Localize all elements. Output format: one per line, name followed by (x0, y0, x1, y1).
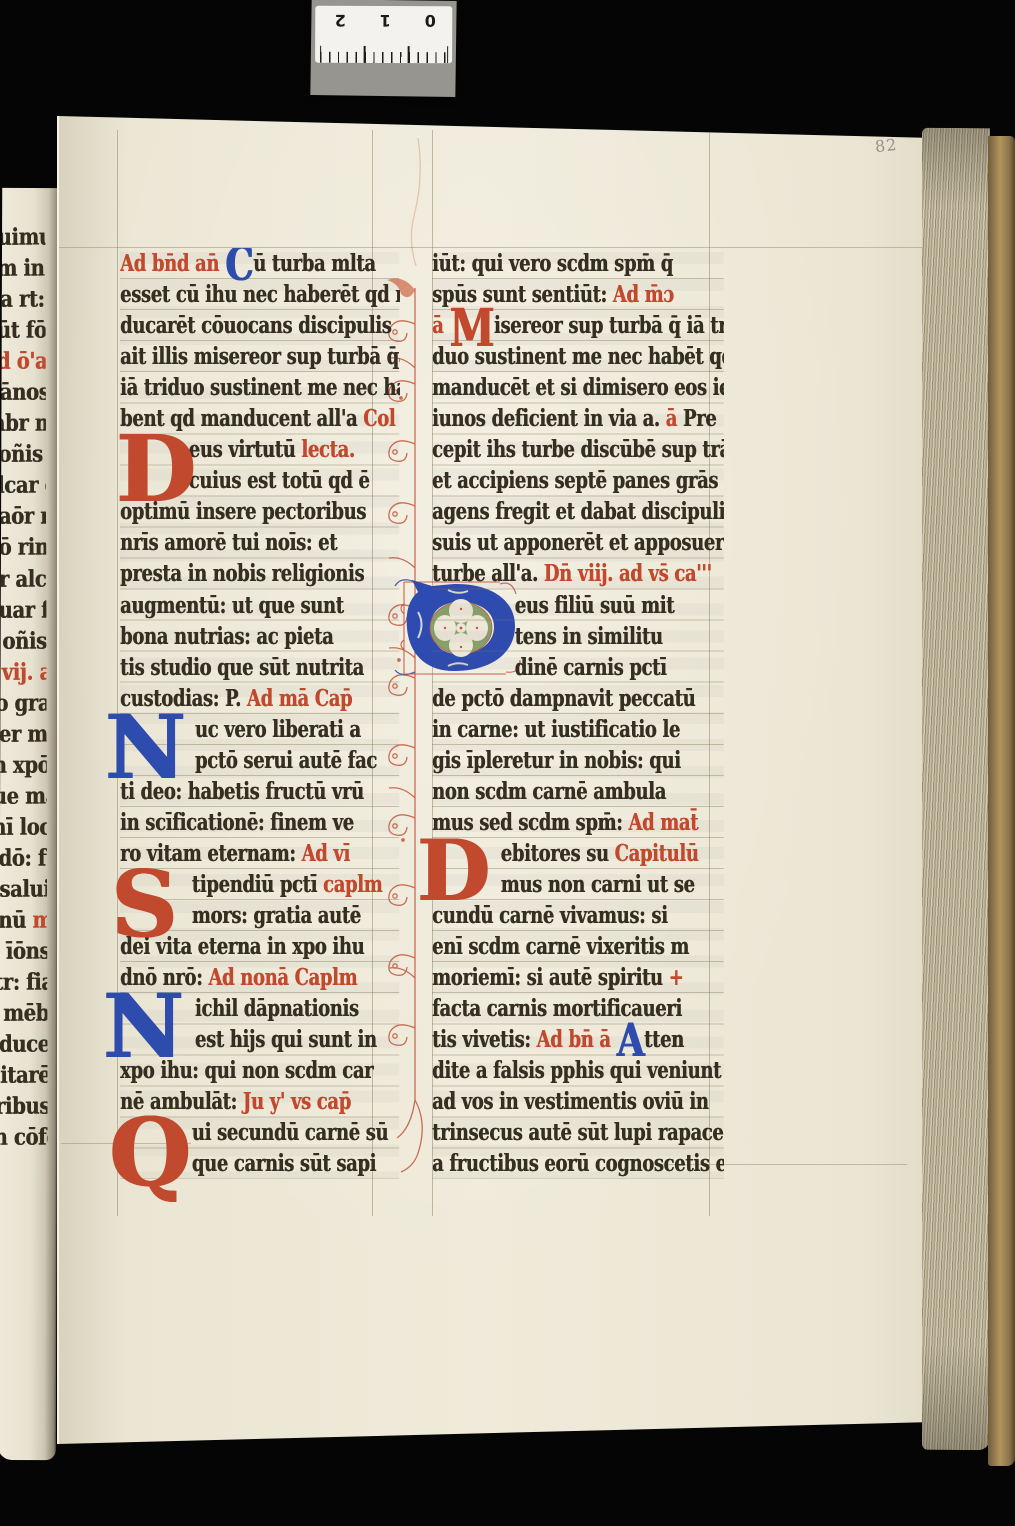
text-line: gis īpleretur in nobis: qui (432, 745, 724, 776)
text-line: ait illis misereor sup turbā q̄a (120, 341, 400, 372)
book-cover-edge (988, 136, 1015, 1466)
text-line: iā triduo sustinent me nec ha (120, 372, 400, 403)
rubric-text: Col (363, 405, 395, 432)
body-text: cepit ihs turbe discūbē sup trā (432, 436, 724, 463)
body-text: augmentū: ut que sunt (120, 592, 344, 619)
text-line: ita rt: p̄ p (0, 284, 46, 315)
text-line: p īōns (0, 936, 47, 967)
rubric-text: ā (666, 405, 683, 432)
scale-card: 2 1 0 (310, 0, 456, 97)
body-text: moriemī: si autē spiritu (432, 964, 669, 991)
text-line: eus filiū suū mit (432, 590, 724, 621)
body-text: p īōns (0, 938, 47, 965)
text-line: et accipiens septē panes grās (432, 465, 724, 496)
text-line: facta carnis mortificaueri (432, 993, 724, 1024)
rubric-text: Ad mat̄ (628, 809, 698, 836)
rubric-text: Ad m̄ɔ (613, 281, 674, 308)
text-line: am in mī (0, 253, 45, 284)
body-text: s mēbra p̄ (0, 1000, 47, 1027)
drop-cap-initial: D (417, 832, 490, 911)
rubric-text: Ad bn̄d an̄ (120, 250, 225, 277)
folio-number: 82 (874, 135, 898, 156)
text-line: moriemī: si autē spiritu + (432, 962, 724, 993)
body-text: agens fregit et dabat discipulis (432, 498, 724, 525)
body-text: esset cū ihu nec haberēt qd mā (120, 281, 400, 308)
rubric-text: Dn̄ viij. ad vs̄ ca''' (544, 560, 712, 587)
body-text: cuius est totū qd ē (189, 467, 370, 494)
body-text: uc vero liberati a (195, 716, 361, 743)
text-line: in xpō ihu: (0, 749, 47, 780)
body-text: am in mī (0, 254, 45, 281)
text-line: i oñis nū (0, 439, 46, 470)
manuscript-photo: 2 1 0 q̄uimur aam in mīita rt: p̄ paūt f… (0, 0, 1015, 1526)
body-text: in carne: ut iustificatio le (432, 716, 680, 743)
drop-cap-initial: Q (109, 1109, 191, 1197)
rubric-text: Capitulū (615, 840, 699, 867)
text-line: nrīs amorē tui noīs: et (120, 527, 400, 558)
rubric-text: ā (432, 312, 449, 339)
ruler-number: 1 (378, 11, 392, 30)
text-line: mī loco: p̄ (0, 811, 47, 842)
body-text: est hijs qui sunt in (195, 1026, 377, 1053)
body-text: ducarēt cōuocans discipulis (120, 312, 391, 339)
body-text: gis īpleretur in nobis: qui (432, 747, 681, 774)
ruler: 2 1 0 (315, 6, 452, 63)
text-line: tens in similitu (432, 621, 724, 652)
drop-cap-initial: S (111, 861, 177, 947)
previous-page-text-fragments: q̄uimur aam in mīita rt: p̄ paūt fōe nad… (0, 222, 48, 1154)
text-line: turbe all'a. Dn̄ viij. ad vs̄ ca''' (432, 558, 724, 589)
text-line: in cōfēom (0, 1122, 48, 1153)
body-text: ro gratias q (0, 689, 47, 717)
text-line: esset cū ihu nec haberēt qd mā (120, 279, 400, 310)
body-text: iunos deficient in via a. (432, 405, 666, 432)
text-line: ad vos in vestimentis oviū in (432, 1086, 724, 1117)
rubric-text: Ad mā Cap̄ (247, 685, 352, 712)
body-text: mus non carni ut se (501, 871, 695, 898)
body-text: q̄uimur a (0, 223, 45, 250)
text-line: s mēbra p̄ (0, 998, 47, 1029)
text-line: augmentū: ut que sunt (120, 590, 400, 621)
drop-cap-initial: N (105, 706, 185, 789)
text-line: aūt fōe n (0, 315, 46, 346)
text-line: de pctō dampnavit peccatū (432, 683, 724, 714)
column-right-lines: iūt: qui vero scdm spm̄ q̄spūs sunt sent… (432, 248, 724, 1179)
body-text: nrīs amorē tui noīs: et (120, 529, 337, 556)
body-text: a fructibus eorū cognoscetis eos (432, 1150, 724, 1177)
text-line: ad ō'a E (0, 346, 46, 377)
text-line: presta in nobis religionis (120, 558, 400, 589)
rubric-text: r vij. ad vs̄ (0, 658, 46, 686)
body-text: ftr: fiar cū (0, 968, 47, 996)
body-text: i oñis nū (0, 441, 46, 468)
body-text: odō: fūcns (0, 844, 47, 872)
text-line: ro gratias q (0, 687, 47, 718)
body-text: in scīficationē: finem ve (120, 809, 354, 836)
body-text: mors: gratia autē (192, 902, 361, 929)
body-text: ī ō ringu d (0, 534, 46, 562)
text-line: duo sustinent me nec habēt qd (432, 341, 724, 372)
body-text: ūaōr nus i (0, 503, 46, 531)
text-line: uitarē: īa ō (0, 1060, 47, 1091)
text-line: alcar ō m̄ (0, 470, 46, 501)
body-text: eus filiū suū mit (515, 592, 674, 619)
text-line: ī ō ringu d (0, 532, 46, 563)
text-line: ducarēt cōuocans discipulis (120, 310, 400, 341)
body-text: t ānos nō (0, 379, 46, 406)
body-text: tis studio que sūt nutrita (120, 654, 364, 681)
text-line: trinsecus autē sūt lupi rapaces (432, 1117, 724, 1148)
text-line: in scīficationē: finem ve (120, 807, 400, 838)
rubric-text: Ad vī (302, 840, 350, 867)
body-text: dinē carnis pctī (515, 654, 667, 681)
text-line: i salui hūr M (0, 874, 47, 905)
body-text: i salui hūr (0, 875, 47, 903)
body-text: ui secundū carnē sū (192, 1119, 388, 1146)
drop-cap-initial: N (103, 985, 183, 1068)
text-line: ā Misereor sup turbā q̄ iā tri (432, 310, 724, 341)
body-text: ūr alcar ō (0, 565, 46, 592)
body-text: ad vos in vestimentis oviū in (432, 1088, 708, 1115)
body-text: ebitores su (501, 840, 615, 867)
body-text: et accipiens septē panes grās (432, 467, 718, 494)
body-text: ōduce ō uū (0, 1030, 47, 1058)
text-line: cepit ihs turbe discūbē sup trā (432, 434, 724, 465)
column-right: iūt: qui vero scdm spm̄ q̄spūs sunt sent… (432, 248, 724, 1188)
body-text: dite a falsis pphis qui veniunt (432, 1057, 721, 1084)
text-line: bona nutrias: ac pieta (120, 621, 400, 652)
drop-cap-initial: D (116, 426, 196, 512)
body-text: suis ut apponerēt et apposuerūt (432, 529, 724, 556)
body-text: tis vivetis: (432, 1026, 537, 1053)
body-text: mbr msēr (0, 410, 46, 437)
body-text: que carnis sūt sapi (192, 1150, 376, 1177)
body-text: mī loco: p̄ (0, 813, 47, 840)
text-line: enī scdm carnē vixeritis m (432, 931, 724, 962)
manuscript-page: 82 (57, 108, 933, 1444)
text-line: manducēt et si dimisero eos ie (432, 372, 724, 403)
body-text: facta carnis mortificaueri (432, 995, 682, 1022)
text-line: q̄uimur a (0, 222, 45, 253)
body-text: s oñis mī (0, 627, 46, 654)
body-text: duar fram (0, 596, 46, 624)
rubric-text: mō' cā (32, 906, 47, 933)
ruler-number: 0 (423, 11, 437, 30)
ruler-cm-ticks (320, 46, 448, 63)
text-line: agens fregit et dabat discipulis (432, 496, 724, 527)
body-text: in cōfēom (0, 1124, 48, 1151)
text-line: dinē carnis pctī (432, 652, 724, 683)
body-text: bona nutrias: ac pieta (120, 623, 333, 650)
text-line: anū mō' cā (0, 905, 47, 936)
text-line: lue manifē (0, 780, 47, 811)
text-line: per mulier (0, 718, 47, 749)
body-text: Pre (683, 405, 716, 432)
text-line: mbr msēr (0, 408, 46, 439)
rubric-text: Ad nonā Caplm (208, 964, 357, 991)
body-text: isereor sup turbā q̄ iā tri (494, 312, 724, 339)
text-line: dite a falsis pphis qui veniunt (432, 1055, 724, 1086)
ruler-number: 2 (333, 11, 347, 30)
body-text: presta in nobis religionis (120, 560, 364, 587)
body-text: trinsecus autē sūt lupi rapaces (432, 1119, 724, 1146)
text-line: a fructibus eorū cognoscetis eos (432, 1148, 724, 1179)
text-line: in carne: ut iustificatio le (432, 714, 724, 745)
text-line: iunos deficient in via a. ā Pre (432, 403, 724, 434)
body-text: alcar ō m̄ (0, 472, 46, 499)
rubric-text: lecta. (301, 436, 354, 463)
text-line: r vij. ad vs̄ (0, 656, 46, 687)
body-text: turbe all'a. (432, 560, 544, 587)
text-line: ōduce ō uū (0, 1029, 47, 1060)
body-text: per mulier (0, 720, 47, 748)
text-line: Ad bn̄d an̄ Cū turba mlta (120, 248, 400, 279)
body-text: iā triduo sustinent me nec ha (120, 374, 400, 401)
body-text: iūt: qui vero scdm spm̄ q̄ (432, 250, 673, 277)
body-text: tipendiū pctī (192, 871, 323, 898)
text-line: duar fram (0, 594, 46, 625)
body-text: enī scdm carnē vixeritis m (432, 933, 689, 960)
body-text: ait illis misereor sup turbā q̄a (120, 343, 400, 370)
body-text: aūt fōe n (0, 317, 46, 344)
rubric-text: Ad bn̄ ā (537, 1026, 617, 1053)
body-text: ichil dāpnationis (195, 995, 359, 1022)
rubric-text: caplm (323, 871, 382, 898)
rubric-text: ad ō'a (0, 348, 46, 375)
body-text: anū (0, 907, 32, 934)
text-line: ftr: fiar cū (0, 967, 47, 998)
text-line: tribus q̄ fē (0, 1091, 48, 1122)
body-text: duo sustinent me nec habēt qd (432, 343, 724, 370)
body-text: uitarē: īa ō (0, 1062, 47, 1090)
rubric-text: Ju y' vs cap̄ (243, 1088, 351, 1115)
text-line: tis vivetis: Ad bn̄ ā Atten (432, 1024, 724, 1055)
text-line: ūaōr nus i (0, 501, 46, 532)
text-line: ūr alcar ō (0, 563, 46, 594)
body-text: tten (644, 1026, 684, 1053)
body-text: ita rt: p̄ p (0, 285, 46, 312)
text-line: non scdm carnē ambula (432, 776, 724, 807)
text-line: odō: fūcns (0, 842, 47, 873)
rubric-text: + (669, 964, 684, 991)
previous-page-edge: q̄uimur aam in mīita rt: p̄ paūt fōe nad… (0, 188, 60, 1460)
body-text: in xpō ihu: (0, 751, 47, 779)
body-text: lue manifē (0, 782, 47, 810)
body-text: non scdm carnē ambula (432, 778, 666, 805)
body-text: de pctō dampnavit peccatū (432, 685, 695, 712)
text-line: t ānos nō (0, 377, 46, 408)
text-line: suis ut apponerēt et apposuerūt (432, 527, 724, 558)
fore-edge-page-stack (922, 128, 990, 1450)
body-text: tens in similitu (515, 623, 663, 650)
text-line: tis studio que sūt nutrita (120, 652, 400, 683)
body-text: eus virtutū (189, 436, 302, 463)
text-line: s oñis mī (0, 625, 46, 656)
body-text: tribus q̄ fē (0, 1093, 48, 1121)
text-line: iūt: qui vero scdm spm̄ q̄ (432, 248, 724, 279)
body-text: manducēt et si dimisero eos ie (432, 374, 724, 401)
body-text: ū turba mlta (253, 250, 375, 277)
body-text: pctō serui autē fac (195, 747, 377, 774)
